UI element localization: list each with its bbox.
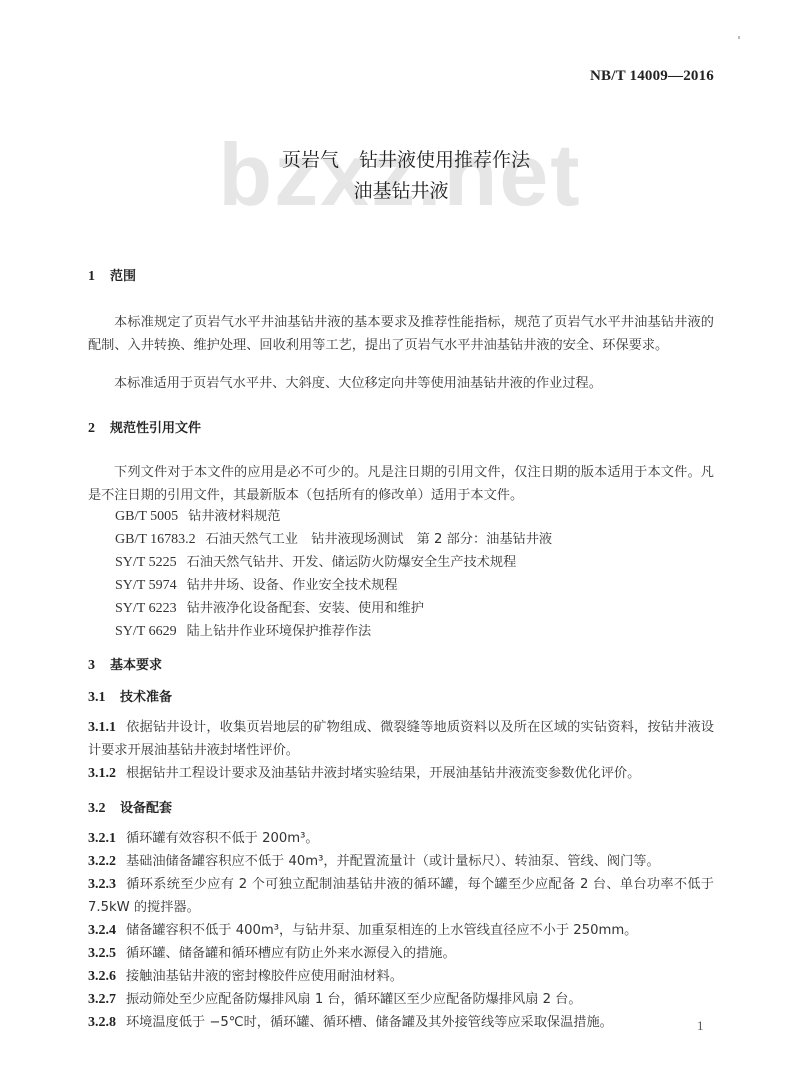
title-part-2: 钻井液使用推荐作法 (359, 149, 530, 171)
clause-3-2-2: 3.2.2基础油储备罐容积应不低于 40m³，并配置流量计（或计量标尺）、转油泵… (88, 850, 714, 873)
reference-code: GB/T 5005 (115, 509, 178, 524)
scope-paragraph-2: 本标准适用于页岩气水平井、大斜度、大位移定向井等使用油基钻井液的作业过程。 (88, 372, 714, 395)
clause-number: 3.2.7 (88, 992, 116, 1007)
clause-number: 3.2.3 (88, 877, 116, 892)
clause-text: 储备罐容积不低于 400m³，与钻井泵、加重泵相连的上水管线直径应不小于 250… (126, 923, 637, 938)
clause-3-2-3: 3.2.3循环系统至少应有 2 个可独立配制油基钻井液的循环罐，每个罐至少应配备… (88, 873, 714, 919)
section-title: 基本要求 (110, 658, 162, 673)
clause-number: 3.2.8 (88, 1015, 116, 1030)
reference-title: 钻井液净化设备配套、安装、使用和维护 (187, 601, 424, 616)
reference-item: SY/T 6223钻井液净化设备配套、安装、使用和维护 (115, 597, 424, 617)
document-page: NB/T 14009—2016 bzxz.net 页岩气钻井液使用推荐作法 油基… (0, 0, 800, 1091)
document-title: 页岩气钻井液使用推荐作法 油基钻井液 (0, 145, 800, 207)
subsection-number: 3.2 (88, 801, 120, 817)
scan-speck (738, 36, 740, 39)
clause-3-1-2: 3.1.2根据钻井工程设计要求及油基钻井液封堵实验结果，开展油基钻井液流变参数优… (88, 762, 714, 785)
reference-code: SY/T 5225 (115, 555, 177, 570)
reference-code: SY/T 6629 (115, 624, 177, 639)
subsection-3-1-heading: 3.1技术准备 (88, 686, 172, 706)
section-title: 范围 (110, 269, 136, 284)
title-line-2: 油基钻井液 (0, 176, 800, 207)
page-number: 1 (697, 1018, 704, 1034)
clause-number: 3.2.5 (88, 946, 116, 961)
reference-code: GB/T 16783.2 (115, 532, 196, 547)
clause-text: 依据钻井设计，收集页岩地层的矿物组成、微裂缝等地质资料以及所在区域的实钻资料，按… (88, 720, 714, 758)
clause-text: 循环系统至少应有 2 个可独立配制油基钻井液的循环罐，每个罐至少应配备 2 台、… (88, 877, 714, 915)
section-title: 规范性引用文件 (110, 421, 201, 436)
standard-code: NB/T 14009—2016 (590, 68, 714, 85)
reference-title: 钻井井场、设备、作业安全技术规程 (187, 578, 398, 593)
clause-number: 3.2.1 (88, 831, 116, 846)
reference-title: 钻井液材料规范 (188, 509, 280, 524)
references-intro: 下列文件对于本文件的应用是必不可少的。凡是注日期的引用文件，仅注日期的版本适用于… (88, 461, 714, 507)
scope-paragraph-1: 本标准规定了页岩气水平井油基钻井液的基本要求及推荐性能指标，规范了页岩气水平井油… (88, 311, 714, 357)
clause-text: 基础油储备罐容积应不低于 40m³，并配置流量计（或计量标尺）、转油泵、管线、阀… (126, 854, 660, 869)
reference-item: SY/T 5974钻井井场、设备、作业安全技术规程 (115, 574, 398, 594)
clause-number: 3.2.4 (88, 923, 116, 938)
subsection-title: 技术准备 (120, 690, 172, 705)
reference-title: 石油天然气钻井、开发、储运防火防爆安全生产技术规程 (187, 555, 517, 570)
section-1-heading: 1范围 (88, 265, 136, 285)
reference-title: 陆上钻井作业环境保护推荐作法 (187, 624, 372, 639)
subsection-3-2-heading: 3.2设备配套 (88, 797, 172, 817)
title-part-1: 页岩气 (282, 149, 339, 171)
clause-number: 3.1.1 (88, 720, 116, 735)
clause-3-2-5: 3.2.5循环罐、储备罐和循环槽应有防止外来水源侵入的措施。 (88, 942, 714, 965)
clause-3-2-1: 3.2.1循环罐有效容积不低于 200m³。 (88, 827, 714, 850)
section-2-heading: 2规范性引用文件 (88, 417, 201, 437)
clause-number: 3.2.6 (88, 969, 116, 984)
clause-3-2-4: 3.2.4储备罐容积不低于 400m³，与钻井泵、加重泵相连的上水管线直径应不小… (88, 919, 714, 942)
clause-text: 根据钻井工程设计要求及油基钻井液封堵实验结果，开展油基钻井液流变参数优化评价。 (126, 766, 640, 781)
clause-text: 循环罐有效容积不低于 200m³。 (126, 831, 319, 846)
section-3-heading: 3基本要求 (88, 654, 162, 674)
title-line-1: 页岩气钻井液使用推荐作法 (0, 145, 800, 176)
reference-item: SY/T 5225石油天然气钻井、开发、储运防火防爆安全生产技术规程 (115, 551, 516, 571)
reference-code: SY/T 6223 (115, 601, 177, 616)
clause-3-2-8: 3.2.8环境温度低于 −5℃时，循环罐、循环槽、储备罐及其外接管线等应采取保温… (88, 1011, 714, 1034)
reference-item: GB/T 16783.2石油天然气工业 钻井液现场测试 第 2 部分：油基钻井液 (115, 528, 552, 548)
clause-text: 接触油基钻井液的密封橡胶件应使用耐油材料。 (126, 969, 403, 984)
subsection-number: 3.1 (88, 690, 120, 706)
clause-text: 环境温度低于 −5℃时，循环罐、循环槽、储备罐及其外接管线等应采取保温措施。 (126, 1015, 613, 1030)
reference-item: SY/T 6629陆上钻井作业环境保护推荐作法 (115, 620, 371, 640)
reference-title: 石油天然气工业 钻井液现场测试 第 2 部分：油基钻井液 (206, 532, 552, 547)
clause-3-2-6: 3.2.6接触油基钻井液的密封橡胶件应使用耐油材料。 (88, 965, 714, 988)
clause-number: 3.2.2 (88, 854, 116, 869)
section-number: 2 (88, 421, 110, 437)
clause-3-1-1: 3.1.1依据钻井设计，收集页岩地层的矿物组成、微裂缝等地质资料以及所在区域的实… (88, 716, 714, 762)
section-number: 3 (88, 658, 110, 674)
reference-item: GB/T 5005钻井液材料规范 (115, 505, 280, 525)
reference-code: SY/T 5974 (115, 578, 177, 593)
section-number: 1 (88, 269, 110, 285)
clause-text: 循环罐、储备罐和循环槽应有防止外来水源侵入的措施。 (126, 946, 456, 961)
clause-3-2-7: 3.2.7振动筛处至少应配备防爆排风扇 1 台，循环罐区至少应配备防爆排风扇 2… (88, 988, 714, 1011)
clause-text: 振动筛处至少应配备防爆排风扇 1 台，循环罐区至少应配备防爆排风扇 2 台。 (126, 992, 582, 1007)
subsection-title: 设备配套 (120, 801, 172, 816)
clause-number: 3.1.2 (88, 766, 116, 781)
